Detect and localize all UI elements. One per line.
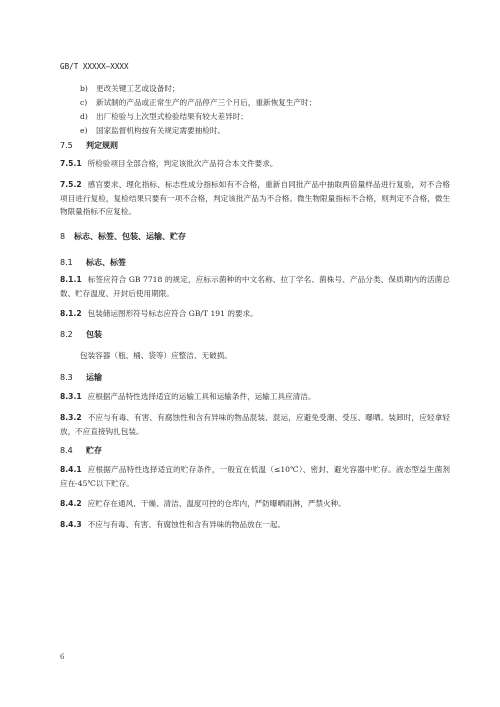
clause-8-4-3: 8.4.3不应与有毒、有害、有腐蚀性和含有异味的物品放在一起。 — [60, 518, 450, 532]
clause-8-3-2: 8.3.2不应与有毒、有害、有腐蚀性和含有异味的物品混装、混运，应避免受潮、受压… — [60, 411, 450, 438]
list-item: c)新试制的产品或正常生产的产品停产三个月后，重新恢复生产时； — [80, 97, 316, 108]
list-item: b)更改关键工艺或设备时； — [80, 83, 180, 94]
section-heading-8-3: 8.3运输 — [60, 372, 102, 383]
clause-8-2-text: 包装容器（瓶、桶、袋等）应整洁、无破损。 — [80, 350, 232, 361]
chapter-heading-8: 8标志、标签、包装、运输、贮存 — [60, 231, 186, 242]
list-item: d)出厂检验与上次型式检验结果有较大差异时； — [80, 111, 248, 122]
clause-7-5-2: 7.5.2感官要求、理化指标、标志性成分指标如有不合格，重新自同批产品中抽取两倍… — [60, 178, 450, 219]
section-heading-7-5: 7.5判定规则 — [60, 140, 118, 151]
section-heading-8-2: 8.2包装 — [60, 329, 102, 340]
section-heading-8-4: 8.4贮存 — [60, 445, 102, 456]
clause-8-3-1: 8.3.1应根据产品特性选择适宜的运输工具和运输条件，运输工具应清洁。 — [60, 390, 450, 404]
clause-8-4-2: 8.4.2应贮存在通风、干燥、清洁、温度可控的仓库内，严防曝晒雨淋，严禁火种。 — [60, 497, 450, 511]
page-number: 6 — [60, 653, 64, 661]
list-item-text: 出厂检验与上次型式检验结果有较大差异时； — [96, 112, 248, 121]
clause-8-1-2: 8.1.2包装储运图形符号标志应符合 GB/T 191 的要求。 — [60, 307, 450, 321]
list-item-label: e) — [80, 126, 96, 135]
clause-8-4-1: 8.4.1应根据产品特性选择适宜的贮存条件，一般宜在低温（≤10℃）、密封、避光… — [60, 463, 450, 490]
list-item-label: b) — [80, 84, 96, 93]
list-item-text: 新试制的产品或正常生产的产品停产三个月后，重新恢复生产时； — [96, 98, 316, 107]
list-item-label: d) — [80, 112, 96, 121]
clause-8-1-1: 8.1.1标签应符合 GB 7718 的规定，应标示菌种的中文名称、拉丁学名、菌… — [60, 273, 450, 300]
list-item-text: 更改关键工艺或设备时； — [96, 84, 180, 93]
document-id-header: GB/T XXXXX—XXXX — [60, 62, 129, 71]
clause-7-5-1: 7.5.1所检验项目全部合格，判定该批次产品符合本文件要求。 — [60, 157, 450, 171]
list-item-label: c) — [80, 98, 96, 107]
list-item: e)国家监督机构按有关规定需要抽检时。 — [80, 125, 225, 136]
list-item-text: 国家监督机构按有关规定需要抽检时。 — [96, 126, 225, 135]
section-heading-8-1: 8.1标志、标签 — [60, 257, 126, 268]
